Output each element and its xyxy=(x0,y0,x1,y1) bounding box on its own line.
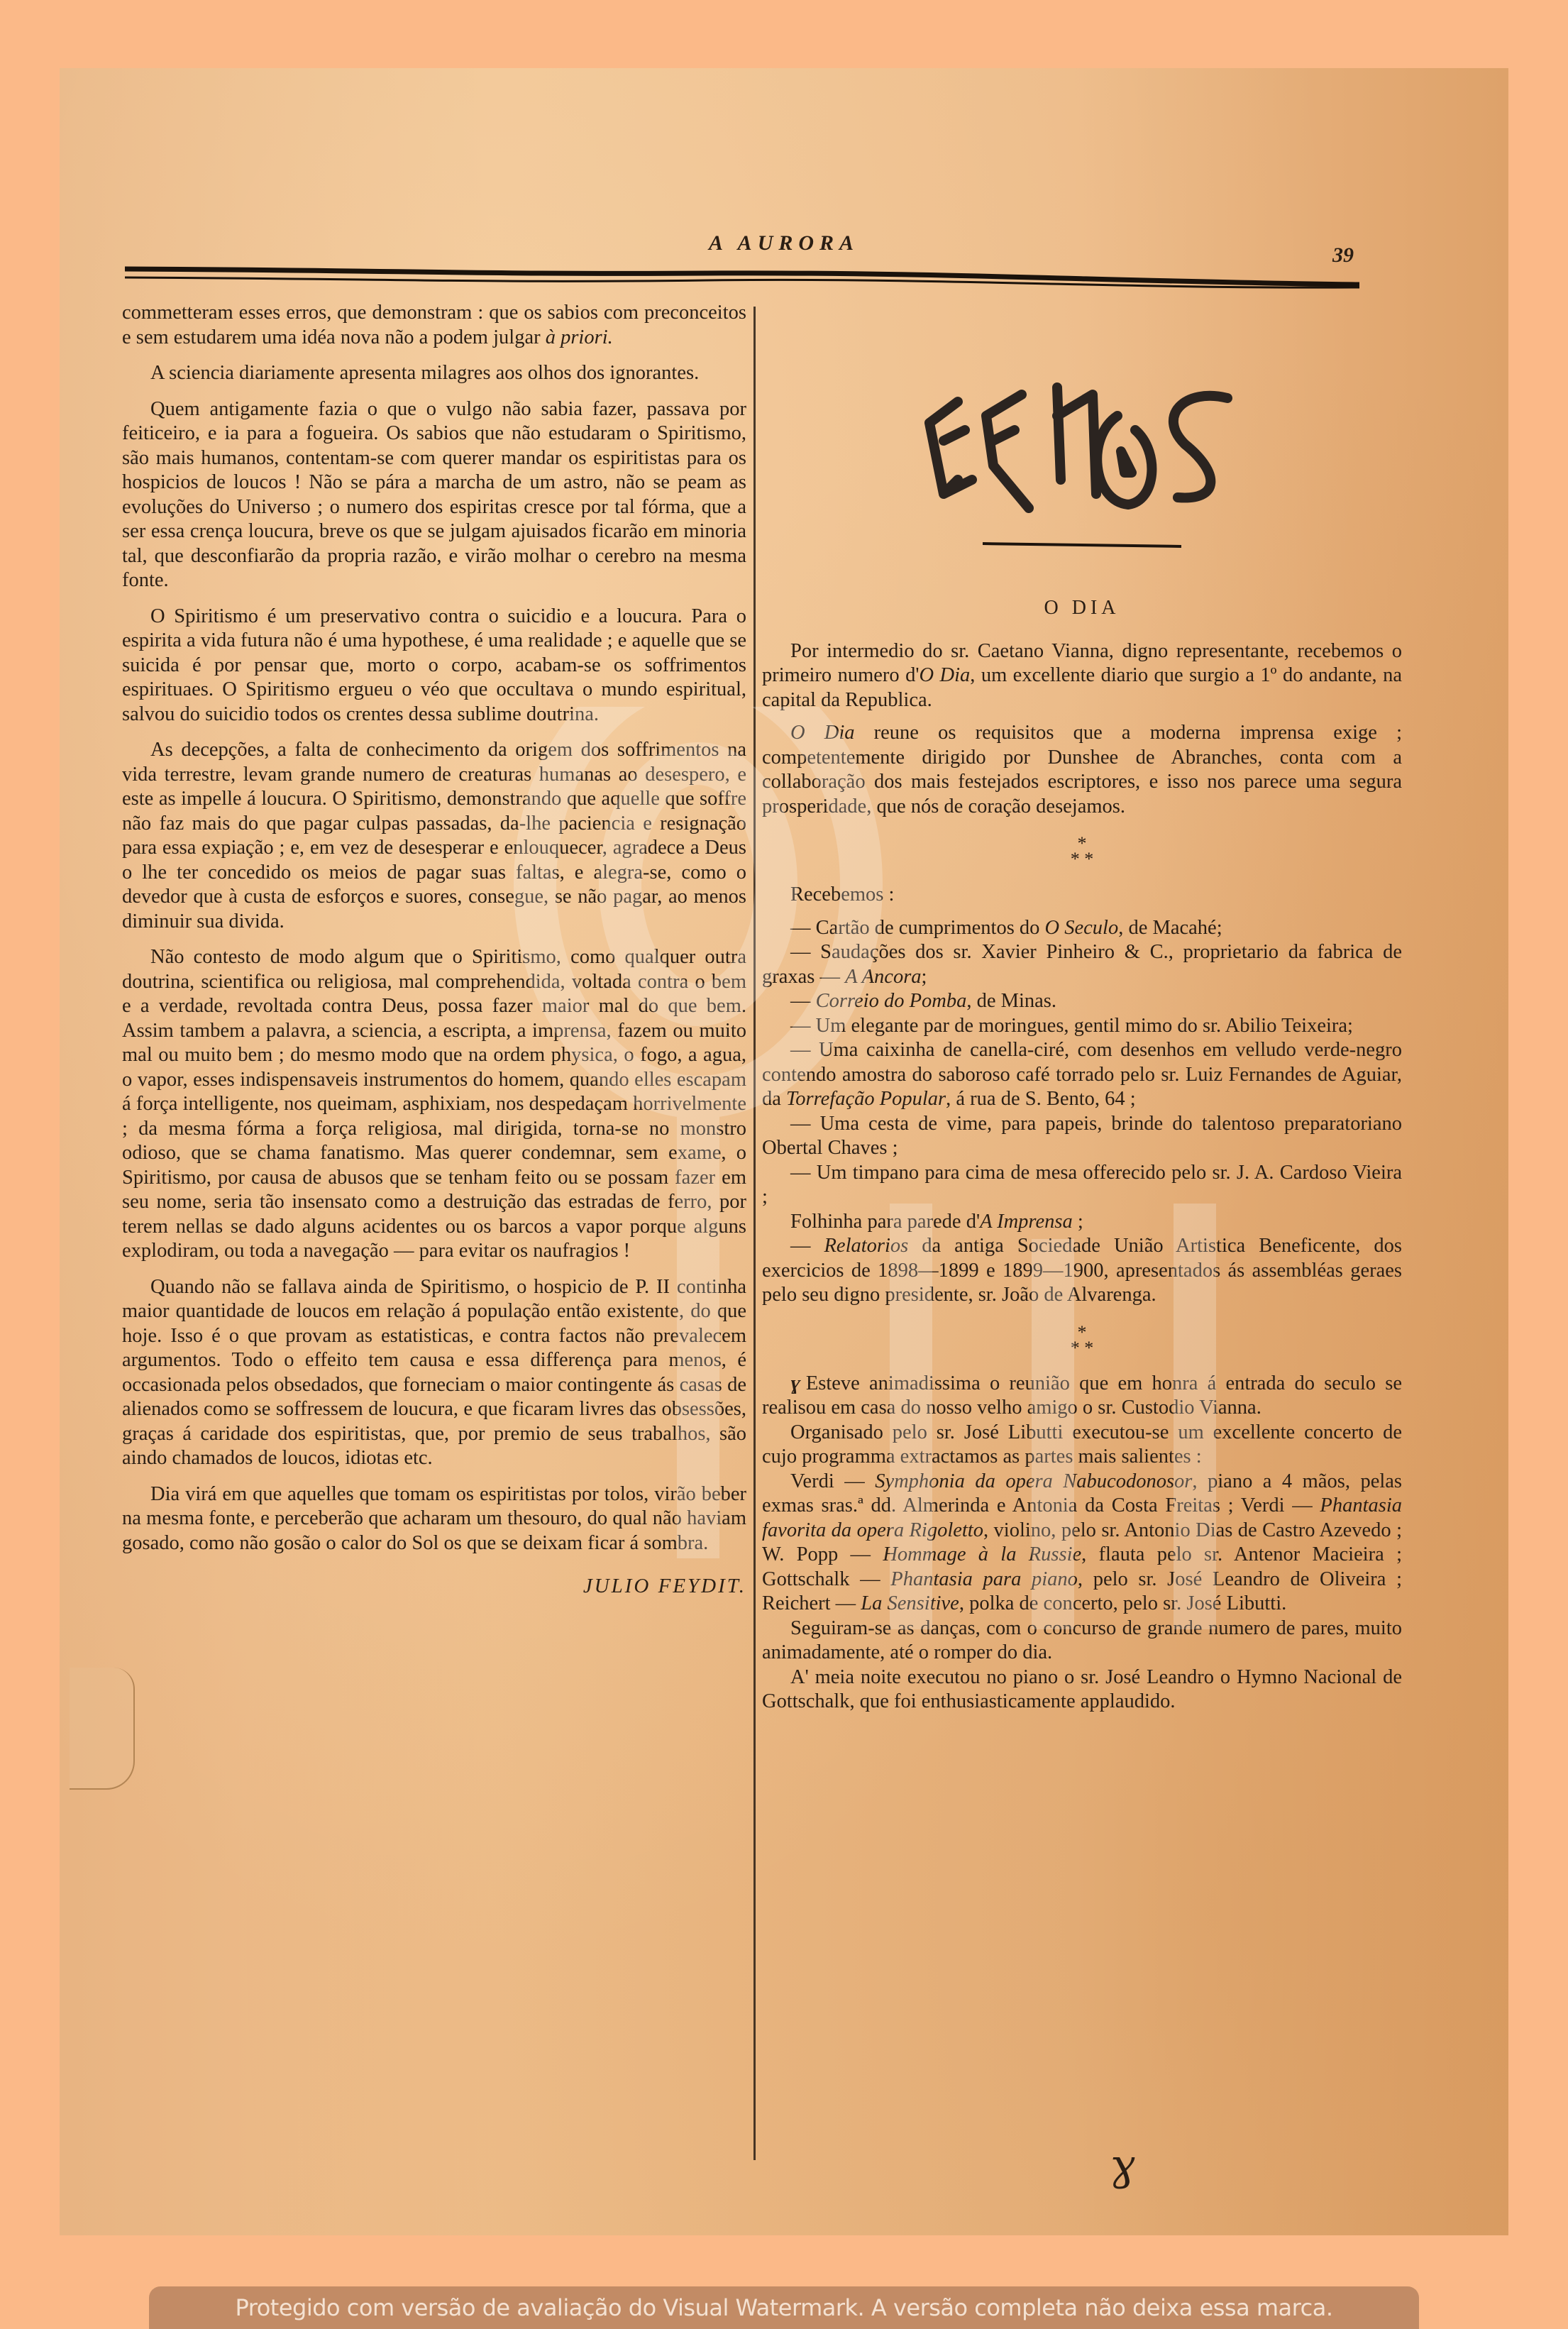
reunion-article: ɣEsteve animadissima o reunião que em ho… xyxy=(762,1372,1402,1714)
author-signature: JULIO FEYDIT. xyxy=(122,1574,746,1599)
recebemos-label: Recebemos : xyxy=(762,883,1402,908)
article-paragraph: O Spiritismo é um preservativo contra o … xyxy=(122,605,746,727)
o-dia-article: Por intermedio do sr. Caetano Vianna, di… xyxy=(762,639,1402,820)
received-item: Folhinha para parede d'A Imprensa ; xyxy=(762,1210,1402,1235)
received-item: — Uma cesta de vime, para papeis, brinde… xyxy=(762,1112,1402,1161)
received-item: — Um elegante par de moringues, gentil m… xyxy=(762,1014,1402,1039)
received-item: — Correio do Pomba, de Minas. xyxy=(762,989,1402,1014)
reunion-paragraph: Seguiram-se as danças, com o concurso de… xyxy=(762,1617,1402,1665)
article-paragraph: Dia virá em que aquelles que tomam os es… xyxy=(122,1482,746,1556)
article-paragraph: commetteram esses erros, que demonstram … xyxy=(122,301,746,350)
header-wavy-rule xyxy=(125,263,1359,289)
torn-paper-corner xyxy=(70,1668,135,1790)
reunion-paragraph: ɣEsteve animadissima o reunião que em ho… xyxy=(762,1372,1402,1421)
right-column-echos: ECHOS O DIA Por intermedio do sr. Caetan… xyxy=(762,302,1402,1714)
article-paragraph: Não contesto de modo algum que o Spiriti… xyxy=(122,945,746,1264)
reunion-paragraph: A' meia noite executou no piano o sr. Jo… xyxy=(762,1665,1402,1714)
title-underline-rule xyxy=(983,542,1181,548)
reunion-paragraph: Organisado pelo sr. José Libutti executo… xyxy=(762,1421,1402,1470)
handwritten-mark: ɣ xyxy=(790,1372,800,1394)
article-paragraph: Quem antigamente fazia o que o vulgo não… xyxy=(122,397,746,593)
article-paragraph: A sciencia diariamente apresenta milagre… xyxy=(122,361,746,386)
received-item: — Uma caixinha de canella-ciré, com dese… xyxy=(762,1038,1402,1112)
asterism-divider: * * * xyxy=(762,1325,1402,1356)
handwritten-pen-mark: ɣ xyxy=(1110,2140,1135,2190)
article-paragraph: As decepções, a falta de conhecimento da… xyxy=(122,738,746,934)
received-item: — Um timpano para cima de mesa offerecid… xyxy=(762,1161,1402,1210)
svg-text:ECHOS: ECHOS xyxy=(1081,518,1083,519)
watermark-notice-banner: Protegido com versão de avaliação do Vis… xyxy=(149,2286,1419,2329)
o-dia-paragraph: O Dia reune os requisitos que a moderna … xyxy=(762,721,1402,819)
asterism-divider: * * * xyxy=(762,836,1402,867)
article-paragraph: Quando não se fallava ainda de Spiritism… xyxy=(122,1275,746,1471)
received-item: — Saudações dos sr. Xavier Pinheiro & C.… xyxy=(762,940,1402,989)
newspaper-page: A AURORA 39 commetteram esses erros, que… xyxy=(60,68,1508,2235)
received-item: — Cartão de cumprimentos do O Seculo, de… xyxy=(762,916,1402,941)
received-items-list: — Cartão de cumprimentos do O Seculo, de… xyxy=(762,916,1402,1308)
section-heading-o-dia: O DIA xyxy=(762,596,1402,621)
echos-decorative-title: ECHOS xyxy=(915,373,1249,522)
column-divider xyxy=(753,307,756,2160)
received-item: — Relatorios da antiga Sociedade União A… xyxy=(762,1234,1402,1308)
reunion-paragraph: Verdi — Symphonia da opera Nabucodonosor… xyxy=(762,1470,1402,1617)
left-column-article: commetteram esses erros, que demonstram … xyxy=(122,301,746,1599)
running-head: A AURORA xyxy=(60,231,1508,255)
o-dia-paragraph: Por intermedio do sr. Caetano Vianna, di… xyxy=(762,639,1402,713)
